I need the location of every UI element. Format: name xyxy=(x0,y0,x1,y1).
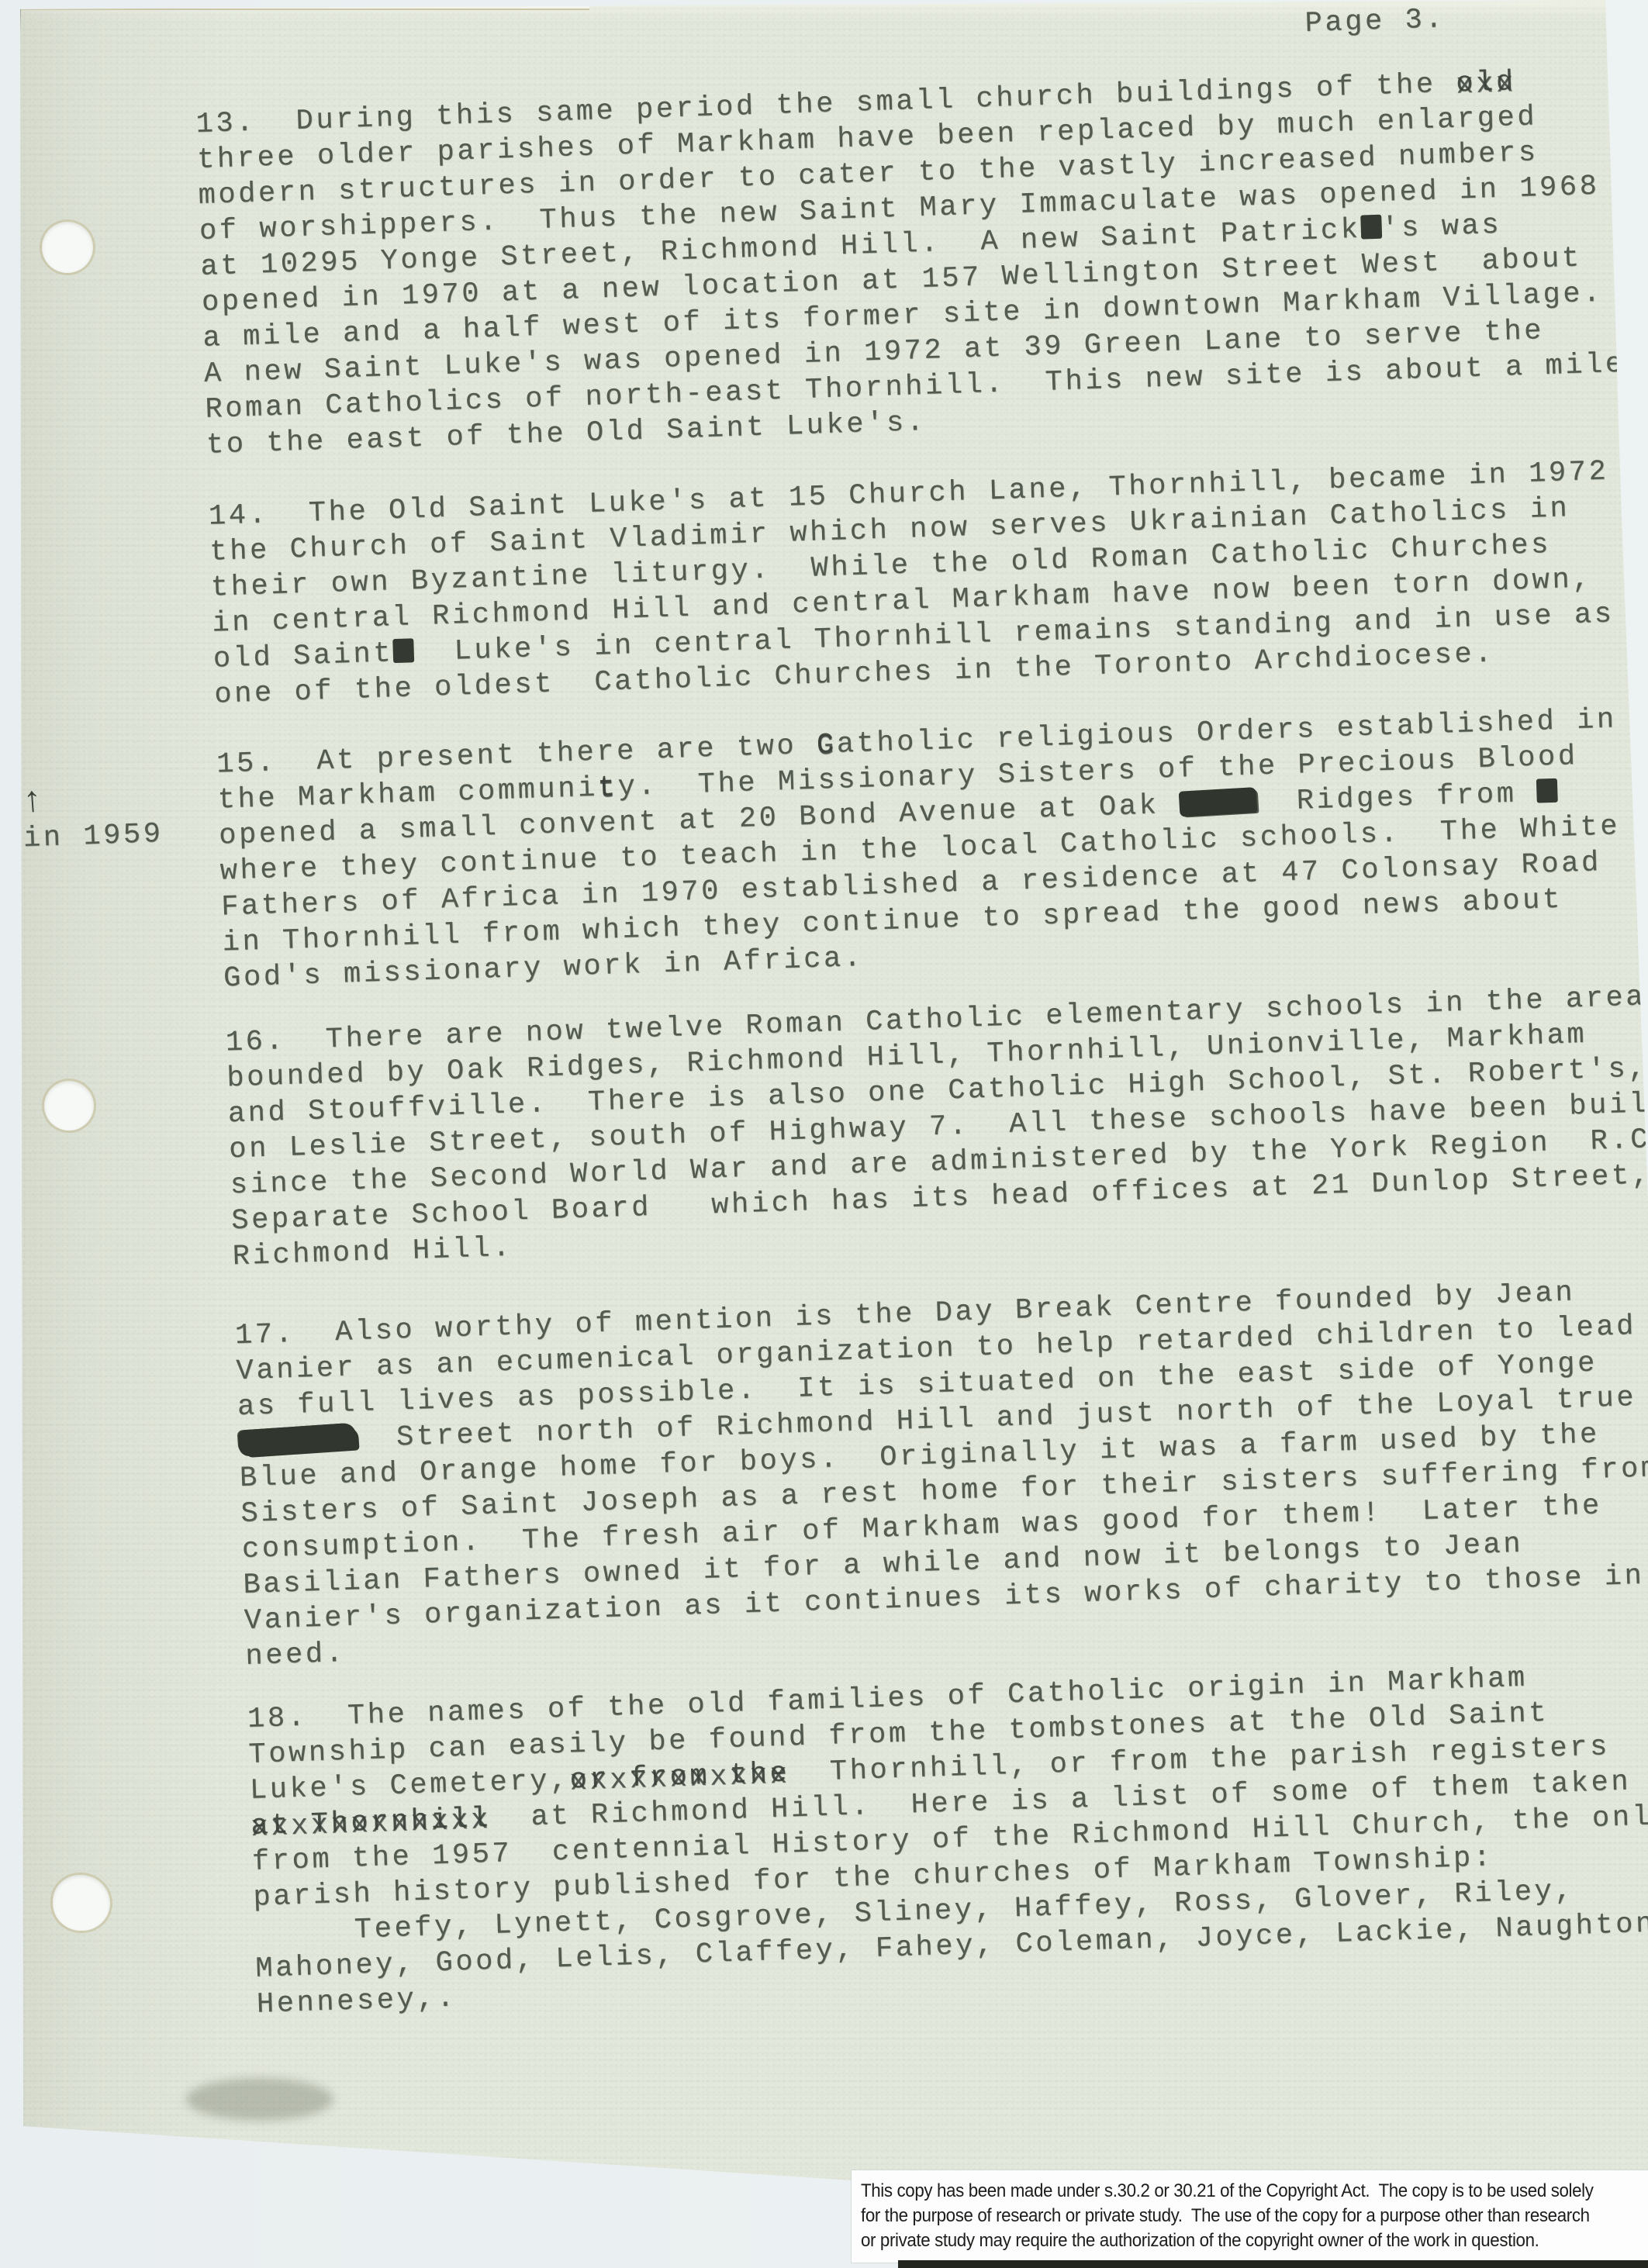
struck-out-text: C xyxy=(816,729,837,762)
scan-edge-line xyxy=(6,0,21,368)
punch-hole-bottom xyxy=(53,1875,110,1931)
redacted-text xyxy=(1178,787,1257,817)
copyright-text-line: for the purpose of research or private s… xyxy=(861,2204,1593,2228)
paper-sheet: Page 3. 13. During this same period the … xyxy=(0,0,1648,2268)
paragraph-13: 13. During this same period the small ch… xyxy=(195,62,1647,465)
punch-hole-middle xyxy=(44,1081,94,1131)
redacted-text xyxy=(1360,215,1382,240)
insertion-arrow-icon: ↑ xyxy=(20,781,44,823)
redacted-text xyxy=(392,638,414,663)
scan-background: Page 3. 13. During this same period the … xyxy=(0,0,1648,2268)
margin-note: in 1959 xyxy=(22,818,164,855)
typed-text: 13. During this same period the small ch… xyxy=(195,62,1648,2025)
ink-smudge xyxy=(186,2078,333,2121)
paragraph-15: 15. At present there are two Catholic re… xyxy=(216,702,1648,999)
scan-dark-band xyxy=(898,2260,1648,2268)
page-number: Page 3. xyxy=(1304,3,1446,40)
scribbled-out-word xyxy=(238,1423,358,1457)
paper-top-edge xyxy=(0,0,589,10)
paragraph-18: 18. The names of the old families of Cat… xyxy=(247,1657,1648,2025)
redacted-text xyxy=(1536,778,1558,803)
struck-out-text: at Thornhill xyxy=(250,1803,492,1843)
copyright-text-line: or private study may require the authori… xyxy=(861,2228,1593,2253)
copyright-text-line: This copy has been made under s.30.2 or … xyxy=(861,2179,1593,2204)
paragraph-16: 16. There are now twelve Roman Catholic … xyxy=(225,980,1648,1276)
struck-out-text: or from the xyxy=(569,1757,790,1797)
paragraph-17: 17. Also worthy of mention is the Day Br… xyxy=(234,1273,1648,1676)
punch-hole-top xyxy=(42,222,93,273)
copyright-label: This copy has been made under s.30.2 or … xyxy=(852,2170,1648,2263)
struck-out-text: t xyxy=(597,772,618,805)
paragraph-14: 14. The Old Saint Luke's at 15 Church La… xyxy=(208,454,1648,715)
struck-out-text: old xyxy=(1456,66,1517,100)
